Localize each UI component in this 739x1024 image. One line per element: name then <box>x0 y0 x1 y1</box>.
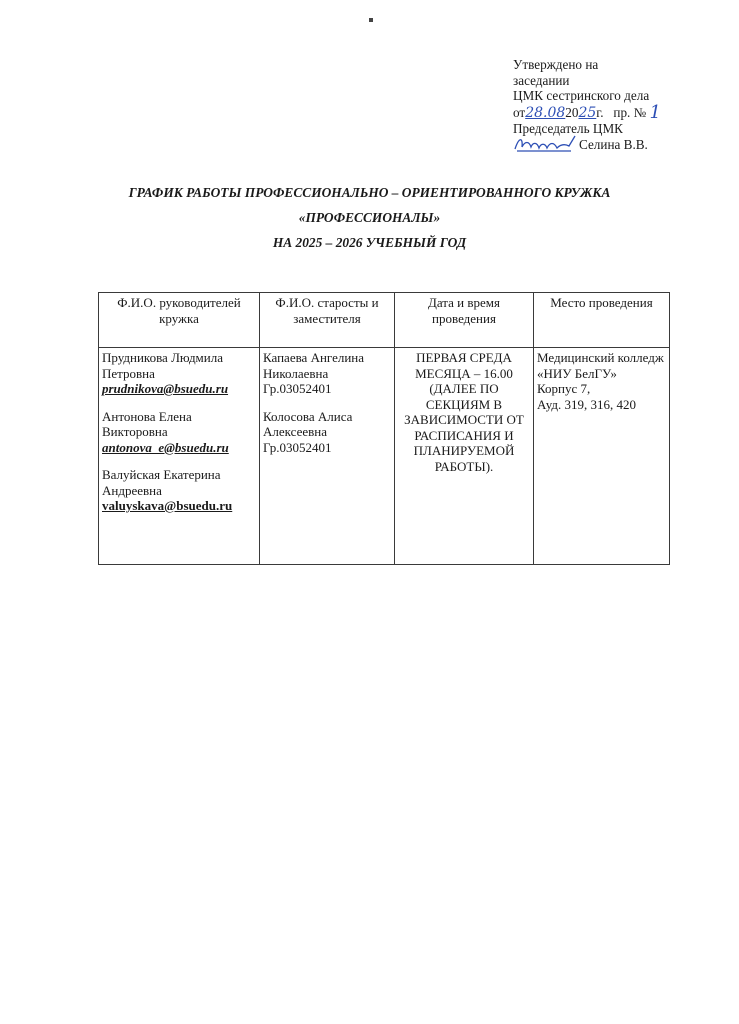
title-line-3: НА 2025 – 2026 УЧЕБНЫЙ ГОД <box>0 230 739 255</box>
approval-line-2: заседании <box>513 73 713 89</box>
scan-artifact <box>369 18 373 22</box>
header-leaders: Ф.И.О. руководителей кружка <box>99 293 260 348</box>
approval-line-3: ЦМК сестринского дела <box>513 88 713 104</box>
location-line: Корпус 7, <box>537 381 666 397</box>
leader-email-link[interactable]: antonova_e@bsuedu.ru <box>102 440 256 456</box>
leader-name: Антонова Елена Викторовна <box>102 409 256 440</box>
handwritten-year: 25 <box>578 106 596 122</box>
chair-name: Селина В.В. <box>579 137 648 152</box>
date-prefix: от <box>513 105 525 120</box>
student-group: Гр.03052401 <box>263 381 391 397</box>
year-prefix: 20 <box>565 105 578 120</box>
leader-name: Прудникова Людмила Петровна <box>102 350 256 381</box>
header-datetime: Дата и время проведения <box>395 293 534 348</box>
protocol-label: пр. № <box>613 105 646 120</box>
table-row: Прудникова Людмила Петровна prudnikova@b… <box>99 348 670 565</box>
cell-location: Медицинский колледж «НИУ БелГУ» Корпус 7… <box>534 348 670 565</box>
header-location: Место проведения <box>534 293 670 348</box>
leader-email-link[interactable]: valuyskava@bsuedu.ru <box>102 498 256 514</box>
approval-line-1: Утверждено на <box>513 57 713 73</box>
leader-email-link[interactable]: prudnikova@bsuedu.ru <box>102 381 256 397</box>
table-header-row: Ф.И.О. руководителей кружка Ф.И.О. старо… <box>99 293 670 348</box>
schedule-table: Ф.И.О. руководителей кружка Ф.И.О. старо… <box>98 292 670 565</box>
approval-date-line: от28.082025г. пр. № 1 <box>513 104 713 122</box>
document-title: ГРАФИК РАБОТЫ ПРОФЕССИОНАЛЬНО – ОРИЕНТИР… <box>0 180 739 255</box>
student-name: Колосова Алиса Алексеевна <box>263 409 391 440</box>
location-line: Медицинский колледж «НИУ БелГУ» <box>537 350 666 381</box>
header-students: Ф.И.О. старосты и заместителя <box>260 293 395 348</box>
student-name: Капаева Ангелина Николаевна <box>263 350 391 381</box>
location-line: Ауд. 319, 316, 420 <box>537 397 666 413</box>
cell-leaders: Прудникова Людмила Петровна prudnikova@b… <box>99 348 260 565</box>
handwritten-date: 28.08 <box>525 106 565 122</box>
handwritten-protocol-number: 1 <box>650 102 661 123</box>
title-line-2: «ПРОФЕССИОНАЛЫ» <box>0 205 739 230</box>
cell-students: Капаева Ангелина Николаевна Гр.03052401 … <box>260 348 395 565</box>
leader-name: Валуйская Екатерина Андреевна <box>102 467 256 498</box>
approval-stamp: Утверждено на заседании ЦМК сестринского… <box>513 57 713 153</box>
cell-schedule: ПЕРВАЯ СРЕДА МЕСЯЦА – 16.00 (ДАЛЕЕ ПО СЕ… <box>395 348 534 565</box>
year-suffix: г. <box>596 105 603 120</box>
signature-icon <box>513 137 579 151</box>
student-group: Гр.03052401 <box>263 440 391 456</box>
chair-signature-line: Селина В.В. <box>513 137 713 153</box>
title-line-1: ГРАФИК РАБОТЫ ПРОФЕССИОНАЛЬНО – ОРИЕНТИР… <box>0 180 739 205</box>
